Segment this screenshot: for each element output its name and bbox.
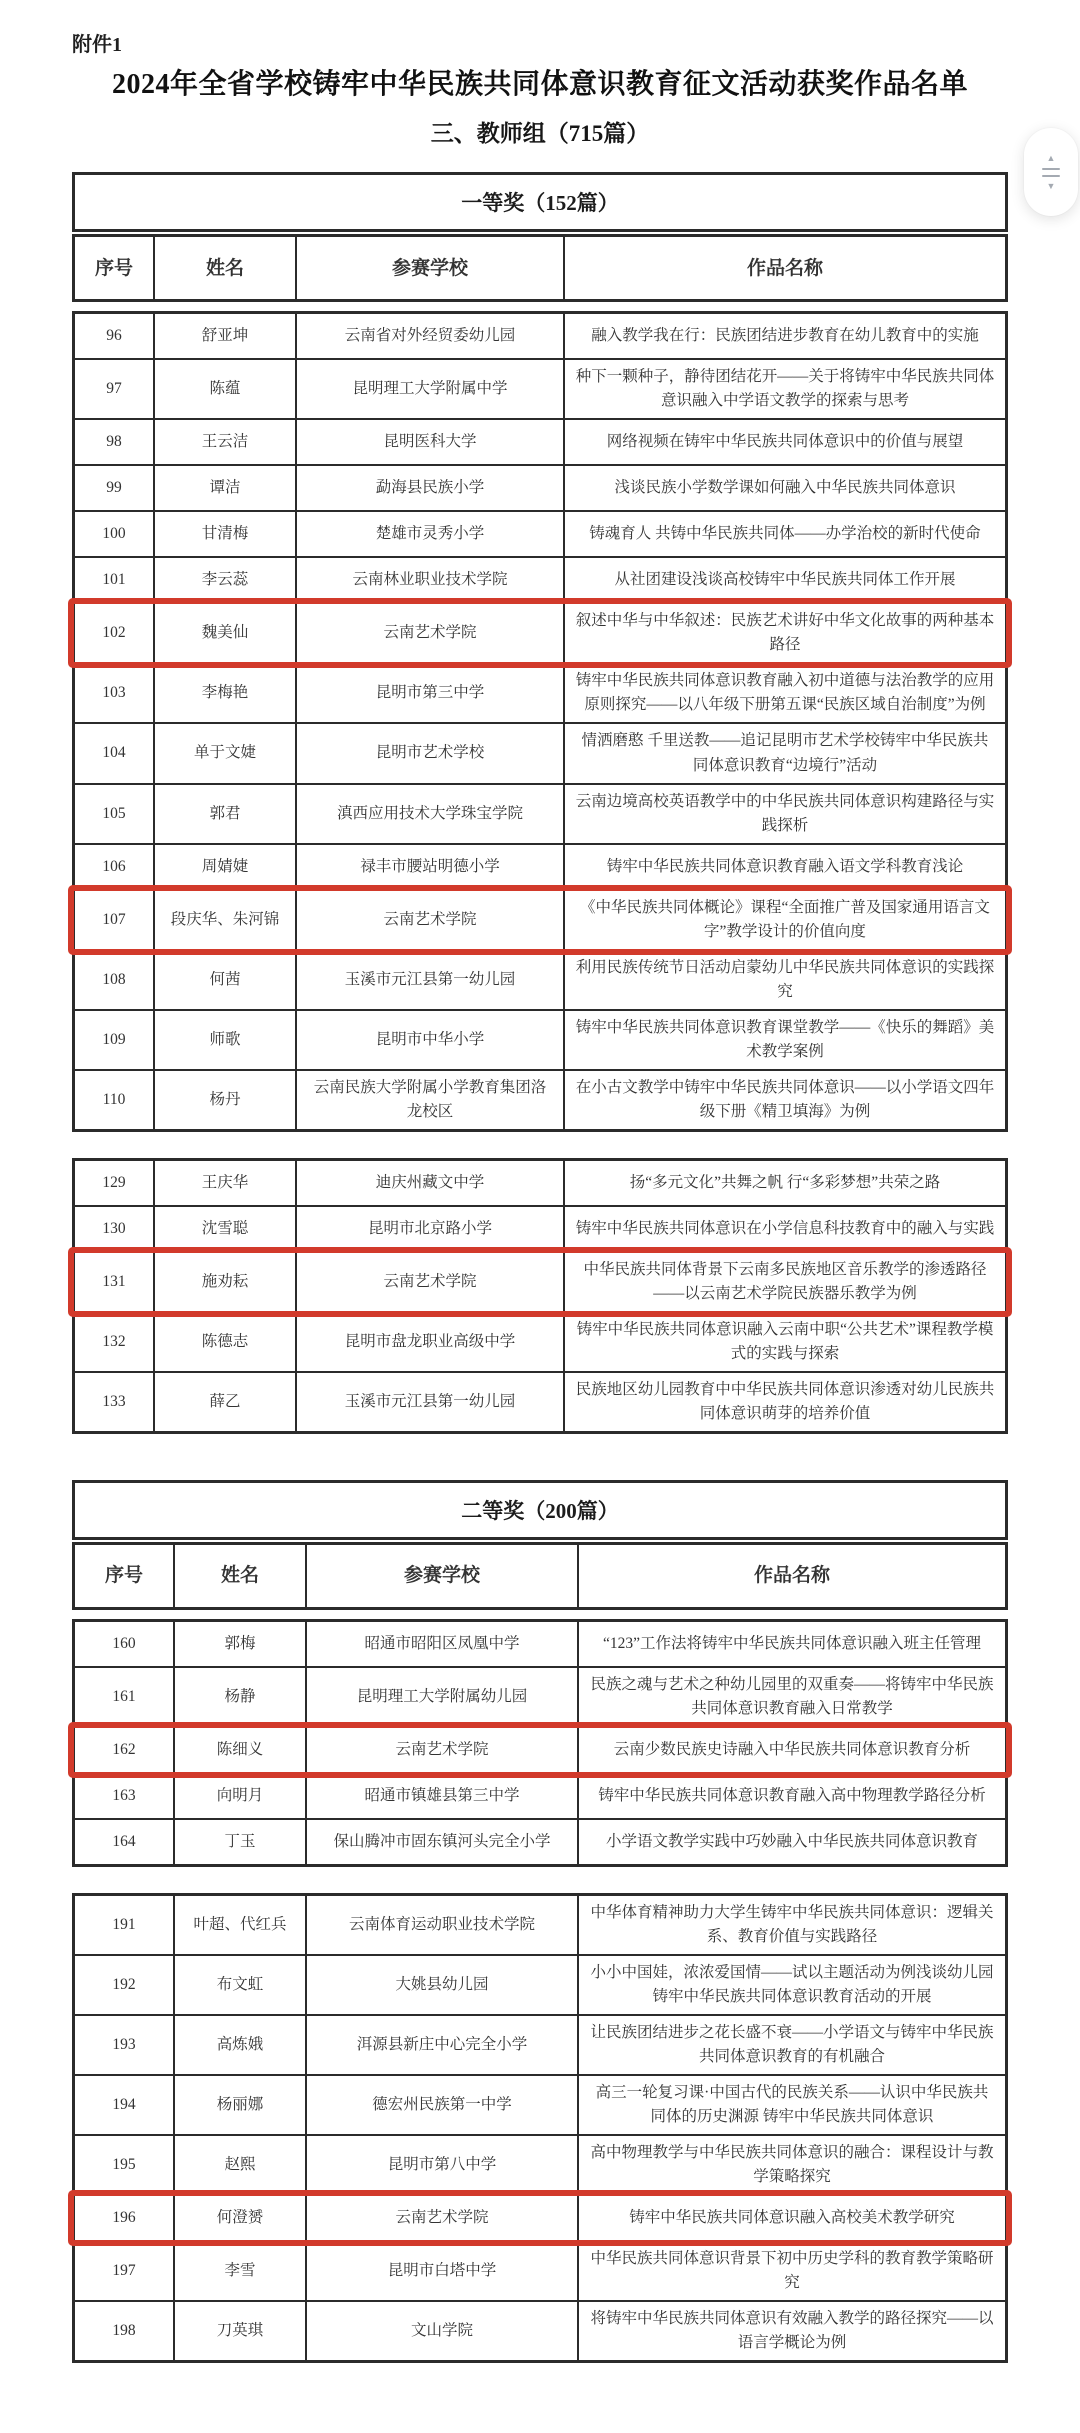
column-header: 姓名 — [153, 237, 295, 299]
row-school: 云南艺术学院 — [305, 2196, 577, 2240]
row-name: 叶超、代红兵 — [173, 1896, 305, 1954]
row-name: 丁玉 — [173, 1820, 305, 1864]
column-header: 参赛学校 — [305, 1545, 577, 1607]
column-header: 作品名称 — [563, 237, 1005, 299]
row-number: 129 — [75, 1161, 153, 1205]
column-header: 序号 — [75, 1545, 173, 1607]
table-row: 107段庆华、朱河锦云南艺术学院《中华民族共同体概论》课程“全面推广普及国家通用… — [75, 889, 1005, 949]
row-name: 陈细义 — [173, 1728, 305, 1772]
scroll-down-icon[interactable]: ▼ — [1047, 182, 1056, 191]
row-name: 舒亚坤 — [153, 314, 295, 358]
row-school: 大姚县幼儿园 — [305, 1956, 577, 2014]
table-row: 101李云蕊云南林业职业技术学院从社团建设浅谈高校铸牢中华民族共同体工作开展 — [75, 556, 1005, 602]
row-work-title: 铸牢中华民族共同体意识融入高校美术教学研究 — [577, 2196, 1005, 2240]
row-name: 谭洁 — [153, 466, 295, 510]
row-school: 滇西应用技术大学珠宝学院 — [295, 785, 563, 843]
table-row: 131施劝耘云南艺术学院中华民族共同体背景下云南多民族地区音乐教学的渗透路径——… — [75, 1251, 1005, 1311]
row-number: 107 — [75, 891, 153, 949]
scroll-up-icon[interactable]: ▲ — [1047, 154, 1056, 163]
column-header: 姓名 — [173, 1545, 305, 1607]
row-name: 王云洁 — [153, 420, 295, 464]
row-school: 云南民族大学附属小学教育集团洛龙校区 — [295, 1071, 563, 1129]
row-name: 周婧婕 — [153, 845, 295, 889]
row-work-title: 铸牢中华民族共同体意识教育融入初中道德与法治教学的应用原则探究——以八年级下册第… — [563, 664, 1005, 722]
row-number: 196 — [75, 2196, 173, 2240]
document-page: 附件1 2024年全省学校铸牢中华民族共同体意识教育征文活动获奖作品名单 三、教… — [0, 0, 1080, 2433]
row-school: 云南艺术学院 — [295, 604, 563, 662]
row-school: 云南艺术学院 — [295, 1253, 563, 1311]
row-number: 194 — [75, 2076, 173, 2134]
row-name: 杨静 — [173, 1668, 305, 1726]
table-row: 103李梅艳昆明市第三中学铸牢中华民族共同体意识教育融入初中道德与法治教学的应用… — [75, 662, 1005, 722]
table-header-row: 序号姓名参赛学校作品名称 — [72, 234, 1008, 302]
page-title: 2024年全省学校铸牢中华民族共同体意识教育征文活动获奖作品名单 — [72, 67, 1008, 103]
column-header: 作品名称 — [577, 1545, 1005, 1607]
table-row: 163向明月昭通市镇雄县第三中学铸牢中华民族共同体意识教育融入高中物理教学路径分… — [75, 1772, 1005, 1818]
row-work-title: 铸牢中华民族共同体意识融入云南中职“公共艺术”课程教学模式的实践与探索 — [563, 1313, 1005, 1371]
row-number: 162 — [75, 1728, 173, 1772]
row-name: 郭梅 — [173, 1622, 305, 1666]
column-header: 参赛学校 — [295, 237, 563, 299]
row-name: 陈德志 — [153, 1313, 295, 1371]
row-number: 198 — [75, 2302, 173, 2360]
table-block: 191叶超、代红兵云南体育运动职业技术学院中华体育精神助力大学生铸牢中华民族共同… — [72, 1893, 1008, 2363]
row-name: 何茜 — [153, 951, 295, 1009]
row-number: 99 — [75, 466, 153, 510]
row-work-title: 云南少数民族史诗融入中华民族共同体意识教育分析 — [577, 1728, 1005, 1772]
row-name: 刀英琪 — [173, 2302, 305, 2360]
row-work-title: 高中物理教学与中华民族共同体意识的融合：课程设计与教学策略探究 — [577, 2136, 1005, 2194]
row-number: 104 — [75, 724, 153, 782]
row-number: 193 — [75, 2016, 173, 2074]
table-row: 108何茜玉溪市元江县第一幼儿园利用民族传统节日活动启蒙幼儿中华民族共同体意识的… — [75, 949, 1005, 1009]
row-work-title: “123”工作法将铸牢中华民族共同体意识融入班主任管理 — [577, 1622, 1005, 1666]
table-row: 132陈德志昆明市盘龙职业高级中学铸牢中华民族共同体意识融入云南中职“公共艺术”… — [75, 1311, 1005, 1371]
table-row: 196何澄赟云南艺术学院铸牢中华民族共同体意识融入高校美术教学研究 — [75, 2194, 1005, 2240]
column-header: 序号 — [75, 237, 153, 299]
table-row: 194杨丽娜德宏州民族第一中学高三一轮复习课·中国古代的民族关系——认识中华民族… — [75, 2074, 1005, 2134]
table-block: 96舒亚坤云南省对外经贸委幼儿园融入教学我在行：民族团结进步教育在幼儿教育中的实… — [72, 311, 1008, 1131]
row-name: 甘清梅 — [153, 512, 295, 556]
row-work-title: 铸魂育人 共铸中华民族共同体——办学治校的新时代使命 — [563, 512, 1005, 556]
row-number: 105 — [75, 785, 153, 843]
table-row: 133薛乙玉溪市元江县第一幼儿园民族地区幼儿园教育中中华民族共同体意识渗透对幼儿… — [75, 1371, 1005, 1431]
floating-scroll-widget[interactable]: ▲ ▼ — [1024, 128, 1078, 216]
second-prize-table: 二等奖（200篇） 序号姓名参赛学校作品名称 160郭梅昭通市昭阳区凤凰中学“1… — [72, 1480, 1008, 2363]
table-row: 162陈细义云南艺术学院云南少数民族史诗融入中华民族共同体意识教育分析 — [75, 1726, 1005, 1772]
row-name: 沈雪聪 — [153, 1207, 295, 1251]
row-name: 段庆华、朱河锦 — [153, 891, 295, 949]
row-number: 160 — [75, 1622, 173, 1666]
row-work-title: 利用民族传统节日活动启蒙幼儿中华民族共同体意识的实践探究 — [563, 951, 1005, 1009]
table-row: 130沈雪聪昆明市北京路小学铸牢中华民族共同体意识在小学信息科技教育中的融入与实… — [75, 1205, 1005, 1251]
table-body: 96舒亚坤云南省对外经贸委幼儿园融入教学我在行：民族团结进步教育在幼儿教育中的实… — [72, 302, 1008, 1433]
row-name: 杨丽娜 — [173, 2076, 305, 2134]
row-number: 101 — [75, 558, 153, 602]
table-row: 97陈蕴昆明理工大学附属中学种下一颗种子，静待团结花开——关于将铸牢中华民族共同… — [75, 358, 1005, 418]
row-work-title: 中华体育精神助力大学生铸牢中华民族共同体意识：逻辑关系、教育价值与实践路径 — [577, 1896, 1005, 1954]
row-name: 布文虹 — [173, 1956, 305, 2014]
row-number: 132 — [75, 1313, 153, 1371]
row-number: 98 — [75, 420, 153, 464]
table-row: 100甘清梅楚雄市灵秀小学铸魂育人 共铸中华民族共同体——办学治校的新时代使命 — [75, 510, 1005, 556]
row-work-title: 扬“多元文化”共舞之帆 行“多彩梦想”共荣之路 — [563, 1161, 1005, 1205]
row-number: 163 — [75, 1774, 173, 1818]
table-row: 197李雪昆明市白塔中学中华民族共同体意识背景下初中历史学科的教育教学策略研究 — [75, 2240, 1005, 2300]
row-work-title: 铸牢中华民族共同体意识教育课堂教学——《快乐的舞蹈》美术教学案例 — [563, 1011, 1005, 1069]
table-row: 106周婧婕禄丰市腰站明德小学铸牢中华民族共同体意识教育融入语文学科教育浅论 — [75, 843, 1005, 889]
row-work-title: 铸牢中华民族共同体意识教育融入高中物理教学路径分析 — [577, 1774, 1005, 1818]
row-name: 向明月 — [173, 1774, 305, 1818]
row-school: 昆明理工大学附属中学 — [295, 360, 563, 418]
row-number: 131 — [75, 1253, 153, 1311]
table-row: 193高炼娥洱源县新庄中心完全小学让民族团结进步之花长盛不衰——小学语文与铸牢中… — [75, 2014, 1005, 2074]
row-work-title: 网络视频在铸牢中华民族共同体意识中的价值与展望 — [563, 420, 1005, 464]
row-name: 王庆华 — [153, 1161, 295, 1205]
row-number: 97 — [75, 360, 153, 418]
row-school: 云南体育运动职业技术学院 — [305, 1896, 577, 1954]
row-school: 昆明市艺术学校 — [295, 724, 563, 782]
row-number: 164 — [75, 1820, 173, 1864]
row-school: 昆明市第三中学 — [295, 664, 563, 722]
page-subtitle: 三、教师组（715篇） — [72, 115, 1008, 148]
table-row: 195赵熙昆明市第八中学高中物理教学与中华民族共同体意识的融合：课程设计与教学策… — [75, 2134, 1005, 2194]
row-school: 保山腾冲市固东镇河头完全小学 — [305, 1820, 577, 1864]
row-work-title: 融入教学我在行：民族团结进步教育在幼儿教育中的实施 — [563, 314, 1005, 358]
row-number: 192 — [75, 1956, 173, 2014]
row-name: 李云蕊 — [153, 558, 295, 602]
row-number: 133 — [75, 1373, 153, 1431]
row-number: 102 — [75, 604, 153, 662]
row-work-title: 从社团建设浅谈高校铸牢中华民族共同体工作开展 — [563, 558, 1005, 602]
row-number: 100 — [75, 512, 153, 556]
row-school: 洱源县新庄中心完全小学 — [305, 2016, 577, 2074]
row-name: 魏美仙 — [153, 604, 295, 662]
table-row: 161杨静昆明理工大学附属幼儿园民族之魂与艺术之种幼儿园里的双重奏——将铸牢中华… — [75, 1666, 1005, 1726]
row-number: 130 — [75, 1207, 153, 1251]
row-school: 楚雄市灵秀小学 — [295, 512, 563, 556]
row-work-title: 中华民族共同体意识背景下初中历史学科的教育教学策略研究 — [577, 2242, 1005, 2300]
row-number: 197 — [75, 2242, 173, 2300]
row-number: 106 — [75, 845, 153, 889]
row-name: 师歌 — [153, 1011, 295, 1069]
menu-line-icon — [1042, 168, 1060, 170]
row-number: 195 — [75, 2136, 173, 2194]
row-school: 昆明市白塔中学 — [305, 2242, 577, 2300]
row-number: 96 — [75, 314, 153, 358]
section-title-second-prize: 二等奖（200篇） — [72, 1480, 1008, 1540]
row-school: 昭通市昭阳区凤凰中学 — [305, 1622, 577, 1666]
table-block: 129王庆华迪庆州藏文中学扬“多元文化”共舞之帆 行“多彩梦想”共荣之路130沈… — [72, 1158, 1008, 1434]
table-row: 98王云洁昆明医科大学网络视频在铸牢中华民族共同体意识中的价值与展望 — [75, 418, 1005, 464]
row-name: 薛乙 — [153, 1373, 295, 1431]
attachment-label: 附件1 — [72, 28, 1008, 57]
row-name: 李梅艳 — [153, 664, 295, 722]
row-school: 云南省对外经贸委幼儿园 — [295, 314, 563, 358]
table-row: 160郭梅昭通市昭阳区凤凰中学“123”工作法将铸牢中华民族共同体意识融入班主任… — [75, 1622, 1005, 1666]
row-work-title: 将铸牢中华民族共同体意识有效融入教学的路径探究——以语言学概论为例 — [577, 2302, 1005, 2360]
row-number: 103 — [75, 664, 153, 722]
row-work-title: 民族地区幼儿园教育中中华民族共同体意识渗透对幼儿民族共同体意识萌芽的培养价值 — [563, 1373, 1005, 1431]
table-row: 164丁玉保山腾冲市固东镇河头完全小学小学语文教学实践中巧妙融入中华民族共同体意… — [75, 1818, 1005, 1864]
table-row: 129王庆华迪庆州藏文中学扬“多元文化”共舞之帆 行“多彩梦想”共荣之路 — [75, 1161, 1005, 1205]
table-row: 192布文虹大姚县幼儿园小小中国娃，浓浓爱国情——试以主题活动为例浅谈幼儿园铸牢… — [75, 1954, 1005, 2014]
table-header-row: 序号姓名参赛学校作品名称 — [72, 1542, 1008, 1610]
row-work-title: 种下一颗种子，静待团结花开——关于将铸牢中华民族共同体意识融入中学语文教学的探索… — [563, 360, 1005, 418]
row-school: 勐海县民族小学 — [295, 466, 563, 510]
row-work-title: 云南边境高校英语教学中的中华民族共同体意识构建路径与实践探析 — [563, 785, 1005, 843]
row-work-title: 高三一轮复习课·中国古代的民族关系——认识中华民族共同体的历史渊源 铸牢中华民族… — [577, 2076, 1005, 2134]
table-row: 191叶超、代红兵云南体育运动职业技术学院中华体育精神助力大学生铸牢中华民族共同… — [75, 1896, 1005, 1954]
row-work-title: 叙述中华与中华叙述：民族艺术讲好中华文化故事的两种基本路径 — [563, 604, 1005, 662]
row-school: 昭通市镇雄县第三中学 — [305, 1774, 577, 1818]
row-name: 郭君 — [153, 785, 295, 843]
row-name: 赵熙 — [173, 2136, 305, 2194]
row-school: 昆明市中华小学 — [295, 1011, 563, 1069]
row-name: 高炼娥 — [173, 2016, 305, 2074]
row-school: 云南艺术学院 — [295, 891, 563, 949]
row-work-title: 小小中国娃，浓浓爱国情——试以主题活动为例浅谈幼儿园铸牢中华民族共同体意识教育活… — [577, 1956, 1005, 2014]
row-number: 110 — [75, 1071, 153, 1129]
row-name: 施劝耘 — [153, 1253, 295, 1311]
table-row: 102魏美仙云南艺术学院叙述中华与中华叙述：民族艺术讲好中华文化故事的两种基本路… — [75, 602, 1005, 662]
row-school: 昆明理工大学附属幼儿园 — [305, 1668, 577, 1726]
row-work-title: 小学语文教学实践中巧妙融入中华民族共同体意识教育 — [577, 1820, 1005, 1864]
row-school: 昆明医科大学 — [295, 420, 563, 464]
row-work-title: 在小古文教学中铸牢中华民族共同体意识——以小学语文四年级下册《精卫填海》为例 — [563, 1071, 1005, 1129]
row-school: 迪庆州藏文中学 — [295, 1161, 563, 1205]
table-row: 99谭洁勐海县民族小学浅谈民族小学数学课如何融入中华民族共同体意识 — [75, 464, 1005, 510]
table-block: 160郭梅昭通市昭阳区凤凰中学“123”工作法将铸牢中华民族共同体意识融入班主任… — [72, 1619, 1008, 1867]
row-work-title: 让民族团结进步之花长盛不衰——小学语文与铸牢中华民族共同体意识教育的有机融合 — [577, 2016, 1005, 2074]
row-school: 文山学院 — [305, 2302, 577, 2360]
menu-line-icon — [1042, 175, 1060, 177]
first-prize-table: 一等奖（152篇） 序号姓名参赛学校作品名称 96舒亚坤云南省对外经贸委幼儿园融… — [72, 172, 1008, 1433]
row-name: 陈蕴 — [153, 360, 295, 418]
table-body: 160郭梅昭通市昭阳区凤凰中学“123”工作法将铸牢中华民族共同体意识融入班主任… — [72, 1610, 1008, 2363]
row-number: 161 — [75, 1668, 173, 1726]
row-work-title: 《中华民族共同体概论》课程“全面推广普及国家通用语言文字”教学设计的价值向度 — [563, 891, 1005, 949]
table-row: 105郭君滇西应用技术大学珠宝学院云南边境高校英语教学中的中华民族共同体意识构建… — [75, 783, 1005, 843]
row-number: 109 — [75, 1011, 153, 1069]
row-work-title: 中华民族共同体背景下云南多民族地区音乐教学的渗透路径——以云南艺术学院民族器乐教… — [563, 1253, 1005, 1311]
row-name: 李雪 — [173, 2242, 305, 2300]
row-school: 云南林业职业技术学院 — [295, 558, 563, 602]
row-work-title: 民族之魂与艺术之种幼儿园里的双重奏——将铸牢中华民族共同体意识教育融入日常教学 — [577, 1668, 1005, 1726]
row-school: 德宏州民族第一中学 — [305, 2076, 577, 2134]
table-row: 110杨丹云南民族大学附属小学教育集团洛龙校区在小古文教学中铸牢中华民族共同体意… — [75, 1069, 1005, 1129]
table-row: 96舒亚坤云南省对外经贸委幼儿园融入教学我在行：民族团结进步教育在幼儿教育中的实… — [75, 314, 1005, 358]
row-work-title: 浅谈民族小学数学课如何融入中华民族共同体意识 — [563, 466, 1005, 510]
section-title-first-prize: 一等奖（152篇） — [72, 172, 1008, 232]
row-number: 191 — [75, 1896, 173, 1954]
row-school: 云南艺术学院 — [305, 1728, 577, 1772]
row-school: 禄丰市腰站明德小学 — [295, 845, 563, 889]
row-name: 何澄赟 — [173, 2196, 305, 2240]
row-school: 昆明市北京路小学 — [295, 1207, 563, 1251]
row-work-title: 情洒磨憨 千里送教——追记昆明市艺术学校铸牢中华民族共同体意识教育“边境行”活动 — [563, 724, 1005, 782]
row-school: 昆明市第八中学 — [305, 2136, 577, 2194]
row-work-title: 铸牢中华民族共同体意识在小学信息科技教育中的融入与实践 — [563, 1207, 1005, 1251]
row-work-title: 铸牢中华民族共同体意识教育融入语文学科教育浅论 — [563, 845, 1005, 889]
table-row: 109师歌昆明市中华小学铸牢中华民族共同体意识教育课堂教学——《快乐的舞蹈》美术… — [75, 1009, 1005, 1069]
table-row: 198刀英琪文山学院将铸牢中华民族共同体意识有效融入教学的路径探究——以语言学概… — [75, 2300, 1005, 2360]
table-row: 104单于文婕昆明市艺术学校情洒磨憨 千里送教——追记昆明市艺术学校铸牢中华民族… — [75, 722, 1005, 782]
row-school: 玉溪市元江县第一幼儿园 — [295, 951, 563, 1009]
row-school: 昆明市盘龙职业高级中学 — [295, 1313, 563, 1371]
row-name: 杨丹 — [153, 1071, 295, 1129]
row-number: 108 — [75, 951, 153, 1009]
row-name: 单于文婕 — [153, 724, 295, 782]
row-school: 玉溪市元江县第一幼儿园 — [295, 1373, 563, 1431]
